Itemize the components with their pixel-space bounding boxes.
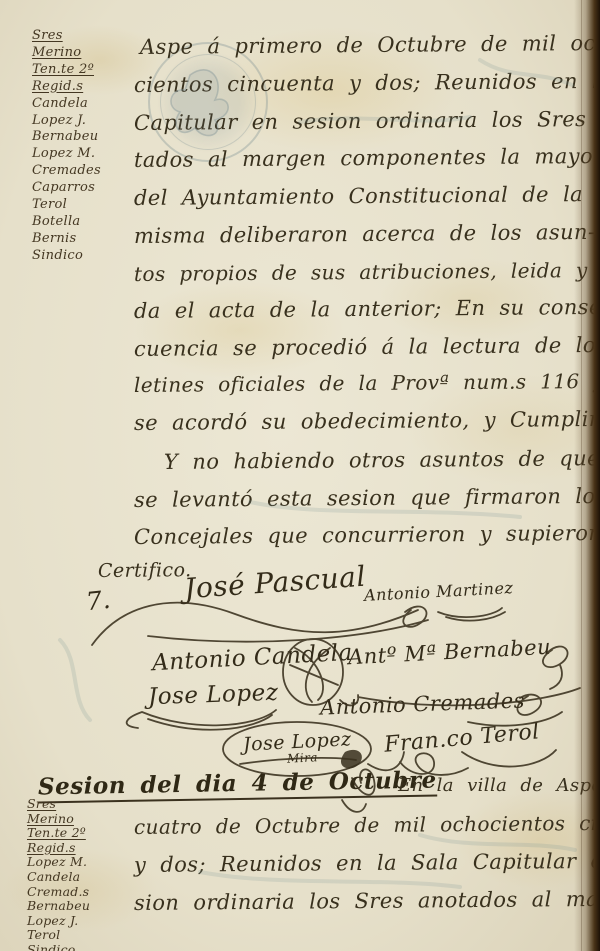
- signature-antonio-cremades: Antonio Cremades: [320, 688, 526, 719]
- body-text-line: sion ordinaria los Sres anotados al mar-: [134, 887, 600, 915]
- body-text-line: da el acta de la anterior; En su conse-: [134, 295, 600, 323]
- margin-notes-top: Sres Merino Ten.te 2º Regid.s Candela Lo…: [32, 28, 101, 265]
- margin-note-line: Terol: [32, 197, 101, 214]
- body-text-line: cuencia se procedió á la lectura de los …: [134, 332, 600, 361]
- body-text-line: y dos; Reunidos en la Sala Capitular en …: [134, 848, 600, 877]
- margin-note-line: Sres: [27, 797, 90, 812]
- signature-antonio-candela: Antonio Candela: [151, 640, 353, 676]
- margin-note-line: Caparros: [32, 180, 101, 197]
- margin-note-line: Bernabeu: [32, 129, 101, 146]
- margin-notes-bottom: Sres Merino Ten.te 2º Regid.s Lopez M. C…: [27, 797, 90, 951]
- body-text-line: del Ayuntamiento Constitucional de la: [134, 182, 583, 210]
- margin-note-line: Sindico: [32, 248, 101, 265]
- manuscript-page: Sres Merino Ten.te 2º Regid.s Candela Lo…: [0, 0, 600, 951]
- margin-note-line: Lopez M.: [32, 146, 101, 163]
- margin-note-line: Ten.te 2º: [32, 62, 101, 79]
- signature-jose-lopez: Jose Lopez: [148, 680, 279, 711]
- pascual-rubric-underline: [148, 620, 428, 642]
- lopez-flourish: [127, 710, 276, 730]
- session-heading: Sesion del dia 4 de Octubre: [38, 767, 437, 804]
- body-text-line: cuatro de Octubre de mil ochocientos cin…: [134, 810, 600, 839]
- margin-note-line: Lopez J.: [27, 914, 90, 929]
- body-text-line: se levantó esta sesion que firmaron los …: [134, 483, 600, 512]
- margin-note-line: Lopez M.: [27, 855, 90, 870]
- margin-note-line: Candela: [27, 870, 90, 885]
- margin-note-line: Regid.s: [32, 79, 101, 96]
- signature-jose-pascual: José Pascual: [183, 560, 367, 606]
- pascual-rubric-flourish: [92, 603, 418, 645]
- ink-stamp: [148, 42, 268, 162]
- margin-note-line: Regid.s: [27, 841, 90, 856]
- margin-note-line: Merino: [27, 812, 90, 827]
- body-text-line: tados al margen componentes la mayoria: [134, 144, 600, 172]
- body-text-line: misma deliberaron acerca de los asun-: [134, 220, 596, 248]
- margin-note-line: Ten.te 2º: [27, 826, 90, 841]
- body-text-line: cientos cincuenta y dos; Reunidos en la …: [134, 68, 600, 97]
- margin-note-line: Bernabeu: [27, 899, 90, 914]
- margin-note-line: Terol: [27, 928, 90, 943]
- margin-note-line: Bernis: [32, 231, 101, 248]
- lopez-mira-ink-blob: [341, 750, 362, 769]
- body-text-line: letines oficiales de la Provª num.s 116 …: [134, 368, 600, 397]
- page-binding-edge: [574, 0, 600, 951]
- margin-note-line: Cremad.s: [27, 885, 90, 900]
- body-text-line: Capitular en sesion ordinaria los Sres a…: [134, 107, 600, 135]
- body-text-line: Certifico.: [98, 559, 192, 582]
- heading-underline-tail: [342, 800, 366, 812]
- signature-jose-lopez-mira-second-line: Mira: [287, 750, 319, 766]
- signature-antonio-maria-bernabeu: Antº Mª Bernabeu: [348, 635, 552, 670]
- margin-note-line: Candela: [32, 96, 101, 113]
- margin-note-line: Merino: [32, 45, 101, 62]
- body-text-line: Y no habiendo otros asuntos de que trata…: [164, 446, 600, 474]
- pascual-rubric-loop: [403, 607, 426, 627]
- margin-note-line: Botella: [32, 214, 101, 231]
- margin-note-line: Cremades: [32, 163, 101, 180]
- margin-note-line: Lopez J.: [32, 113, 101, 130]
- signature-francisco-terol: Fran.co Terol: [383, 719, 540, 757]
- martinez-underline: [438, 608, 505, 621]
- secretary-paragraph-mark: 7.: [85, 585, 113, 616]
- body-text-line: tos propios de sus atribuciones, leida y…: [134, 257, 600, 286]
- body-text-line: Aspe á primero de Octubre de mil ocho-: [140, 31, 600, 59]
- margin-note-line: Sres: [32, 28, 101, 45]
- body-text-line: se acordó su obedecimiento, y Cumplim.to: [134, 407, 600, 435]
- session-heading-continuation: En la villa de Aspe á: [398, 775, 600, 796]
- signature-antonio-martinez: Antonio Martinez: [364, 578, 514, 605]
- body-text-line: Concejales que concurrieron y supieron d…: [134, 521, 600, 549]
- margin-note-line: Sindico: [27, 943, 90, 951]
